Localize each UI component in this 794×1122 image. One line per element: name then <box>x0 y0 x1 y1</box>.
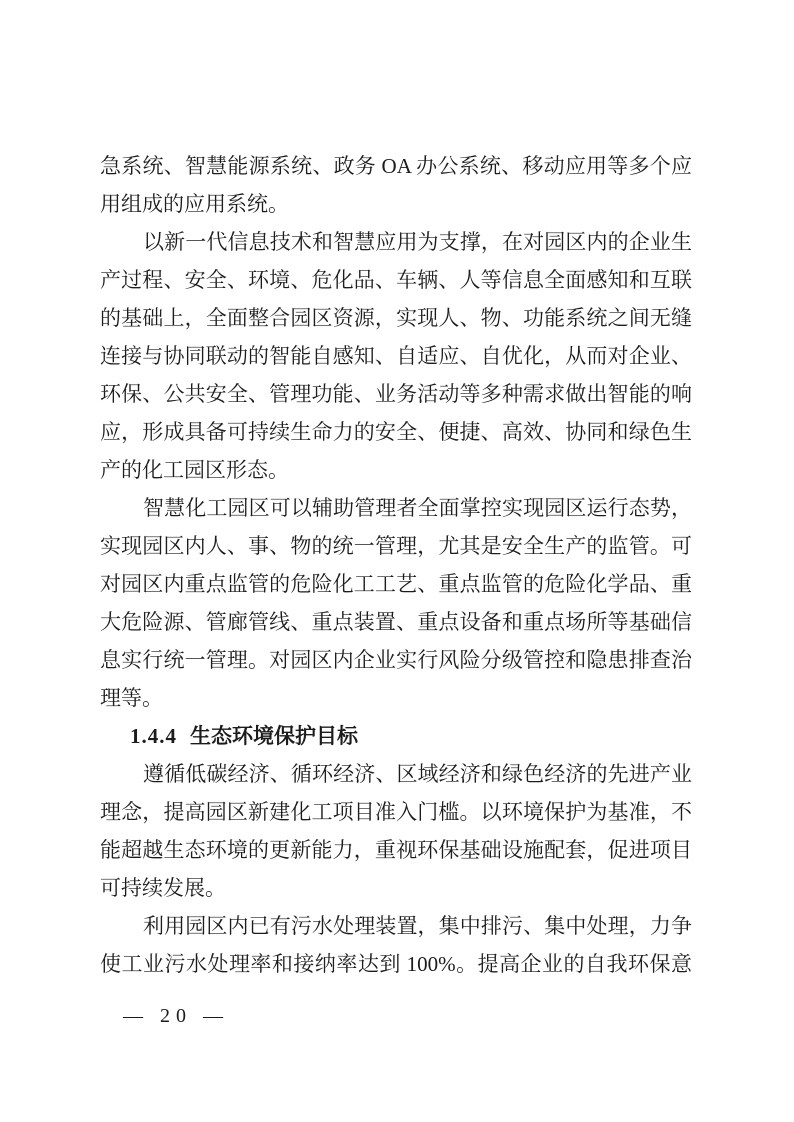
text-line: 能超越生态环境的更新能力，重视环保基础设施配套，促进项目 <box>100 831 692 869</box>
text-line: 对园区内重点监管的危险化工工艺、重点监管的危险化学品、重 <box>100 565 692 603</box>
paragraph: 遵循低碳经济、循环经济、区域经济和绿色经济的先进产业 理念，提高园区新建化工项目… <box>100 755 692 907</box>
paragraph: 智慧化工园区可以辅助管理者全面掌控实现园区运行态势， 实现园区内人、事、物的统一… <box>100 489 692 717</box>
text-line: 大危险源、管廊管线、重点装置、重点设备和重点场所等基础信 <box>100 603 692 641</box>
text-line: 使工业污水处理率和接纳率达到 100%。提高企业的自我环保意 <box>100 945 692 983</box>
text-line: 环保、公共安全、管理功能、业务活动等多种需求做出智能的响 <box>100 375 692 413</box>
paragraph: 以新一代信息技术和智慧应用为支撑，在对园区内的企业生 产过程、安全、环境、危化品… <box>100 223 692 489</box>
text-line: 用组成的应用系统。 <box>100 185 692 223</box>
text-line: 的基础上，全面整合园区资源，实现人、物、功能系统之间无缝 <box>100 299 692 337</box>
document-page: 急系统、智慧能源系统、政务 OA 办公系统、移动应用等多个应 用组成的应用系统。… <box>0 0 794 1122</box>
section-heading: 1.4.4生态环境保护目标 <box>100 717 692 755</box>
paragraph: 利用园区内已有污水处理装置，集中排污、集中处理，力争 使工业污水处理率和接纳率达… <box>100 907 692 983</box>
text-line: 可持续发展。 <box>100 869 692 907</box>
text-line: 息实行统一管理。对园区内企业实行风险分级管控和隐患排查治 <box>100 641 692 679</box>
text-line: 理等。 <box>100 679 692 717</box>
text-line: 连接与协同联动的智能自感知、自适应、自优化，从而对企业、 <box>100 337 692 375</box>
paragraph: 急系统、智慧能源系统、政务 OA 办公系统、移动应用等多个应 用组成的应用系统。 <box>100 147 692 223</box>
text-line: 利用园区内已有污水处理装置，集中排污、集中处理，力争 <box>100 907 692 945</box>
text-line: 实现园区内人、事、物的统一管理，尤其是安全生产的监管。可 <box>100 527 692 565</box>
section-title: 生态环境保护目标 <box>190 724 358 748</box>
text-line: 智慧化工园区可以辅助管理者全面掌控实现园区运行态势， <box>100 489 692 527</box>
text-line: 以新一代信息技术和智慧应用为支撑，在对园区内的企业生 <box>100 223 692 261</box>
section-number: 1.4.4 <box>130 724 177 748</box>
text-line: 理念，提高园区新建化工项目准入门槛。以环境保护为基准，不 <box>100 793 692 831</box>
text-block: 急系统、智慧能源系统、政务 OA 办公系统、移动应用等多个应 用组成的应用系统。… <box>100 147 692 983</box>
text-line: 应，形成具备可持续生命力的安全、便捷、高效、协同和绿色生 <box>100 413 692 451</box>
text-line: 遵循低碳经济、循环经济、区域经济和绿色经济的先进产业 <box>100 755 692 793</box>
text-line: 产的化工园区形态。 <box>100 451 692 489</box>
text-line: 急系统、智慧能源系统、政务 OA 办公系统、移动应用等多个应 <box>100 147 692 185</box>
page-number: — 20 — <box>123 1001 229 1031</box>
text-line: 产过程、安全、环境、危化品、车辆、人等信息全面感知和互联 <box>100 261 692 299</box>
